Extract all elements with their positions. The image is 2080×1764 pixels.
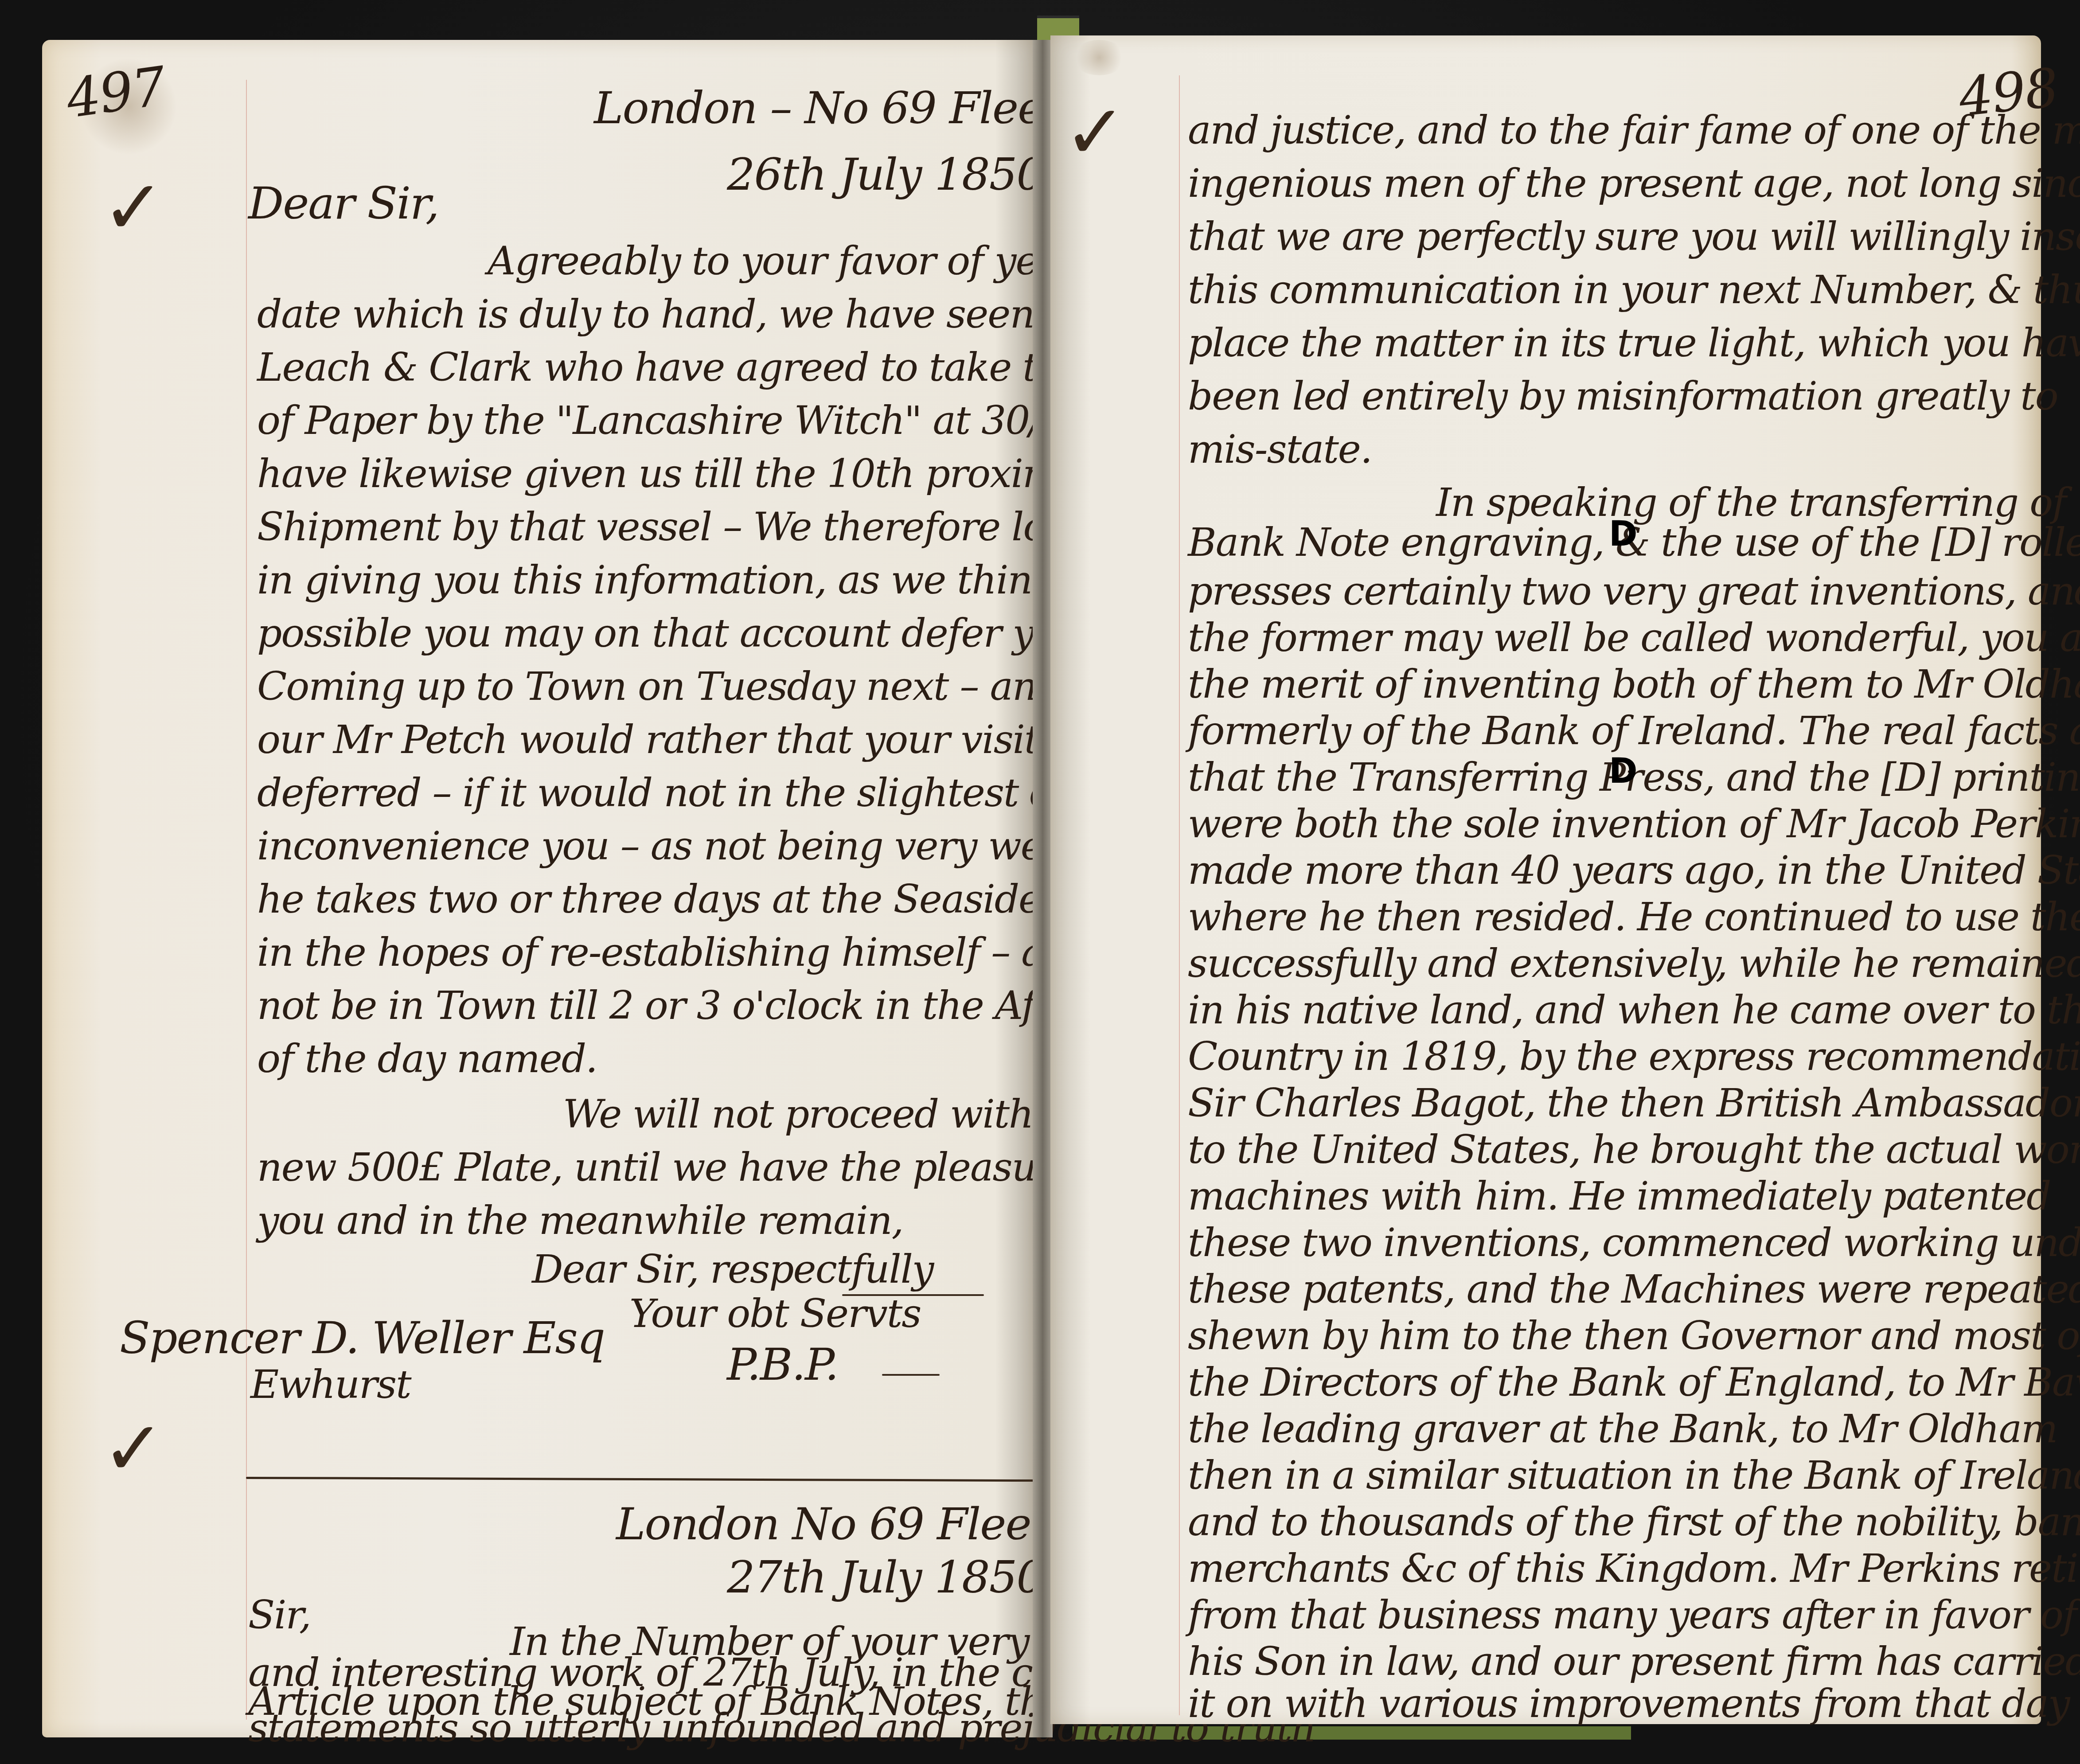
body-line: formerly of the Bank of Ireland. The rea… (1188, 711, 2080, 750)
body-line: in his native land, and when he came ove… (1188, 991, 2080, 1030)
body-line: machines with him. He immediately patent… (1188, 1177, 2050, 1216)
letter2-salutation: Sir, (248, 1596, 311, 1635)
stamped-letter-d: D (1609, 751, 1637, 791)
signature-flourish (882, 1374, 940, 1376)
body-line: it on with various improvements from tha… (1188, 1684, 2080, 1723)
body-line: presses certainly two very great inventi… (1188, 572, 2080, 611)
body-line: possible you may on that account defer y… (257, 614, 1098, 653)
body-line: the leading graver at the Bank, to Mr Ol… (1188, 1409, 2057, 1448)
body-line: ingenious men of the present age, not lo… (1188, 164, 2080, 203)
checkmark-icon: ✓ (1064, 89, 1126, 176)
body-line: these patents, and the Machines were rep… (1188, 1270, 2080, 1309)
body-line: place the matter in its true light, whic… (1188, 324, 2080, 363)
body-line: We will not proceed with the (563, 1095, 1106, 1134)
body-line: Country in 1819, by the express recommen… (1188, 1037, 2080, 1076)
body-line: In speaking of the transferring of (1436, 483, 2066, 522)
body-line: mis-state. (1188, 430, 1372, 469)
left-page-margin-rule (246, 80, 247, 1720)
body-line: of the day named. (257, 1039, 597, 1078)
body-line: and to thousands of the first of the nob… (1188, 1503, 2080, 1542)
body-line: Sir Charles Bagot, the then British Amba… (1188, 1084, 2080, 1123)
closing-line: Dear Sir, respectfully (532, 1250, 933, 1289)
stamped-letter-d: D (1609, 514, 1637, 554)
body-line: have likewise given us till the 10th pro… (257, 454, 1147, 493)
body-line: this communication in your next Number, … (1188, 270, 2080, 309)
body-line: shewn by him to the then Governor and mo… (1188, 1316, 2080, 1355)
body-line: the former may well be called wonderful,… (1188, 618, 2080, 657)
body-line: these two inventions, commenced working … (1188, 1223, 2080, 1262)
checkmark-icon: ✓ (102, 1405, 164, 1493)
signature-flourish (842, 1294, 984, 1296)
body-line: merchants &c of this Kingdom. Mr Perkins… (1188, 1549, 2080, 1588)
signature: P.B.P. (727, 1339, 838, 1390)
right-page-margin-rule (1179, 75, 1180, 1715)
body-line: were both the sole invention of Mr Jacob… (1188, 804, 2080, 843)
book-gutter (1033, 40, 1053, 1737)
body-line: successfully and extensively, while he r… (1188, 944, 2080, 983)
letter1-date: 26th July 1850 (727, 148, 1044, 200)
body-line: deferred – if it would not in the slight… (257, 773, 1162, 812)
body-line: that we are perfectly sure you will will… (1188, 217, 2080, 256)
letter1-salutation: Dear Sir, (248, 177, 439, 229)
body-line: inconvenience you – as not being very we… (257, 827, 1066, 866)
body-line: our Mr Petch would rather that your visi… (257, 720, 1145, 759)
body-line: his Son in law, and our present firm has… (1188, 1642, 2080, 1681)
recipient-place: Ewhurst (250, 1365, 411, 1404)
body-line: the merit of inventing both of them to M… (1188, 665, 2080, 704)
body-line: in giving you this information, as we th… (257, 561, 1093, 600)
body-line: made more than 40 years ago, in the Unit… (1188, 851, 2080, 890)
checkmark-icon: ✓ (102, 164, 164, 252)
recipient-name: Spencer D. Weller Esq (120, 1312, 605, 1364)
body-line: to the United States, he brought the act… (1188, 1130, 2080, 1169)
letter2-date: 27th July 1850 (727, 1551, 1044, 1603)
body-line: from that business many years after in f… (1188, 1596, 2076, 1635)
body-line: and justice, and to the fair fame of one… (1188, 111, 2080, 150)
body-line: been led entirely by misinformation grea… (1188, 377, 2058, 416)
body-line: where he then resided. He continued to u… (1188, 898, 2080, 937)
body-line: you and in the meanwhile remain, (257, 1201, 903, 1240)
body-line: then in a similar situation in the Bank … (1188, 1456, 2080, 1495)
closing-line: Your obt Servts (629, 1294, 921, 1333)
body-line: the Directors of the Bank of England, to… (1188, 1363, 2080, 1402)
foxing-stain (1073, 40, 1126, 75)
